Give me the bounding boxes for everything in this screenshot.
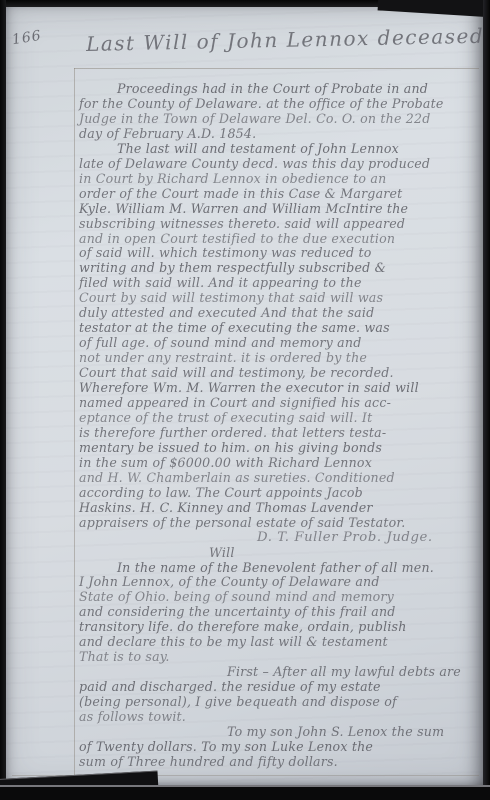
manuscript-line: Proceedings had in the Court of Probate …	[79, 82, 475, 97]
manuscript-line: Court by said will testimony that said w…	[79, 291, 475, 306]
scan-edge-bottom	[0, 785, 490, 800]
manuscript-line: late of Delaware County decd. was this d…	[79, 157, 475, 172]
manuscript-line: as follows towit.	[79, 710, 475, 725]
manuscript-line: testator at the time of executing the sa…	[79, 321, 475, 336]
manuscript-line: according to law. The Court appoints Jac…	[79, 486, 475, 501]
manuscript-line: appraisers of the personal estate of sai…	[79, 516, 475, 531]
margin-rule	[74, 68, 75, 775]
manuscript-line: filed with said will. And it appearing t…	[79, 276, 475, 291]
manuscript-line: in Court by Richard Lennox in obedience …	[79, 172, 475, 187]
manuscript-line: of said will. which testimony was reduce…	[79, 246, 475, 261]
manuscript-line: is therefore further ordered. that lette…	[79, 426, 475, 441]
manuscript-line: In the name of the Benevolent father of …	[79, 561, 475, 576]
manuscript-line: Judge in the Town of Delaware Del. Co. O…	[79, 112, 475, 127]
manuscript-line: Will	[79, 546, 475, 561]
manuscript-line: To my son John S. Lenox the sum	[79, 725, 475, 740]
manuscript-line: (being personal), I give bequeath and di…	[79, 695, 475, 710]
manuscript-line: mentary be issued to him. on his giving …	[79, 441, 475, 456]
manuscript-line: duly attested and executed And that the …	[79, 306, 475, 321]
manuscript-line: I John Lennox, of the County of Delaware…	[79, 575, 475, 590]
manuscript-line: First – After all my lawful debts are	[79, 665, 475, 680]
manuscript-line: paid and discharged. the residue of my e…	[79, 680, 475, 695]
manuscript-line: Wherefore Wm. M. Warren the executor in …	[79, 381, 475, 396]
header-rule	[74, 68, 479, 69]
manuscript-line: in the sum of $6000.00 with Richard Lenn…	[79, 456, 475, 471]
scan-edge-left	[0, 0, 6, 800]
manuscript-line: State of Ohio. being of sound mind and m…	[79, 590, 475, 605]
manuscript-line: That is to say.	[79, 650, 475, 665]
manuscript-line: of full age. of sound mind and memory an…	[79, 336, 475, 351]
manuscript-line: of Twenty dollars. To my son Luke Lenox …	[79, 740, 475, 755]
manuscript-line: day of February A.D. 1854.	[79, 127, 475, 142]
manuscript-line: Haskins. H. C. Kinney and Thomas Lavende…	[79, 501, 475, 516]
manuscript-line: transitory life. do therefore make, orda…	[79, 620, 475, 635]
manuscript-line: named appeared in Court and signified hi…	[79, 396, 475, 411]
manuscript-line: Court that said will and testimony, be r…	[79, 366, 475, 381]
manuscript-line: and H. W. Chamberlain as sureties. Condi…	[79, 471, 475, 486]
manuscript-line: Kyle. William M. Warren and William McIn…	[79, 202, 475, 217]
scan-edge-right	[483, 0, 490, 800]
manuscript-line: and declare this to be my last will & te…	[79, 635, 475, 650]
document-scan: 166 Last Will of John Lennox deceased. P…	[0, 0, 490, 800]
manuscript-line: not under any restraint. it is ordered b…	[79, 351, 475, 366]
manuscript-line: eptance of the trust of executing said w…	[79, 411, 475, 426]
manuscript-text: Proceedings had in the Court of Probate …	[79, 82, 475, 770]
manuscript-line: order of the Court made in this Case & M…	[79, 187, 475, 202]
manuscript-line: D. T. Fuller Prob. Judge.	[79, 531, 475, 546]
manuscript-line: subscribing witnesses thereto. said will…	[79, 217, 475, 232]
manuscript-line: sum of Three hundred and fifty dollars.	[79, 755, 475, 770]
manuscript-line: The last will and testament of John Lenn…	[79, 142, 475, 157]
manuscript-line: writing and by them respectfully subscri…	[79, 261, 475, 276]
manuscript-line: for the County of Delaware. at the offic…	[79, 97, 475, 112]
manuscript-line: and in open Court testified to the due e…	[79, 232, 475, 247]
manuscript-line: and considering the uncertainty of this …	[79, 605, 475, 620]
